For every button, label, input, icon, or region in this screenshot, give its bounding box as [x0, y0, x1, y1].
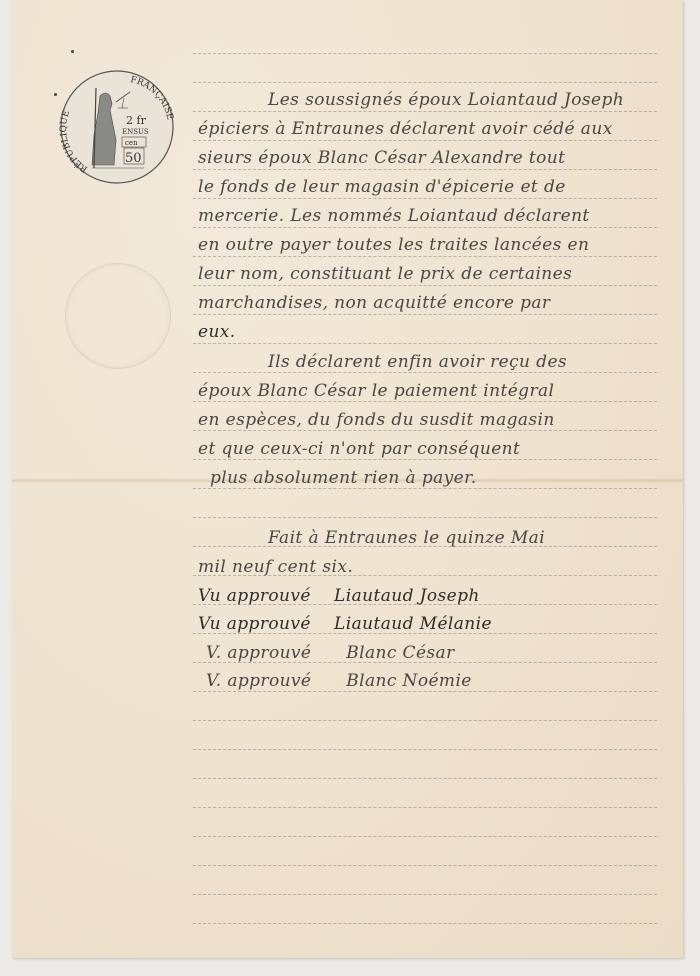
svg-text:cen: cen [125, 139, 138, 147]
ruled-line [193, 169, 657, 170]
text-line: sieurs époux Blanc César Alexandre tout [198, 148, 565, 168]
signature-name: Blanc Noémie [346, 671, 472, 691]
ruled-line [193, 372, 657, 373]
text-line: le fonds de leur magasin d'épicerie et d… [198, 177, 566, 197]
svg-text:2 fr: 2 fr [126, 114, 147, 127]
text-line: mil neuf cent six. [198, 557, 353, 577]
ruled-line [193, 140, 657, 141]
ruled-line [193, 111, 657, 112]
margin-dot [54, 93, 57, 96]
ruled-line [193, 343, 657, 344]
fiscal-stamp-icon: RÉPUBLIQUE FRANÇAISE 2 fr ENSUS cen 50 [58, 68, 176, 186]
text-line: en outre payer toutes les traites lancée… [198, 235, 589, 255]
text-line: eux. [198, 322, 236, 342]
text-line: mercerie. Les nommés Loiantaud déclarent [198, 206, 590, 226]
ruled-line [193, 923, 657, 924]
ruled-line [193, 720, 657, 721]
signature-line: Vu approuvé Liautaud Joseph [198, 586, 480, 606]
ruled-line [193, 488, 657, 489]
text-line: Fait à Entraunes le quinze Mai [268, 528, 545, 548]
ruled-line [193, 749, 657, 750]
ruled-line [193, 459, 657, 460]
ruled-line [193, 198, 657, 199]
text-line: Les soussignés époux Loiantaud Joseph [268, 90, 624, 110]
text-line: leur nom, constituant le prix de certain… [198, 264, 572, 284]
ruled-line [193, 314, 657, 315]
signature-line: V. approuvé Blanc César [206, 643, 455, 663]
svg-text:50: 50 [125, 151, 142, 166]
signature-mention: V. approuvé [206, 643, 311, 663]
ruled-line [193, 836, 657, 837]
signature-mention: V. approuvé [206, 671, 311, 691]
embossed-seal [65, 263, 171, 369]
ruled-line [193, 53, 657, 54]
text-line: en espèces, du fonds du susdit magasin [198, 410, 555, 430]
text-line: épiciers à Entraunes déclarent avoir céd… [198, 119, 613, 139]
ruled-line [193, 256, 657, 257]
signature-mention: Vu approuvé [198, 586, 311, 606]
text-line: Ils déclarent enfin avoir reçu des [268, 352, 567, 372]
signature-name: Liautaud Joseph [334, 586, 480, 606]
ruled-line [193, 401, 657, 402]
signature-name: Blanc César [346, 643, 454, 663]
ruled-line [193, 227, 657, 228]
text-line: et que ceux-ci n'ont par conséquent [198, 439, 520, 459]
ruled-line [193, 285, 657, 286]
ruled-line [193, 691, 657, 692]
text-line: plus absolument rien à payer. [210, 468, 477, 488]
signature-name: Liautaud Mélanie [334, 614, 492, 634]
ruled-line [193, 517, 657, 518]
text-line: marchandises, non acquitté encore par [198, 293, 550, 313]
text-line: époux Blanc César le paiement intégral [198, 381, 554, 401]
ruled-line [193, 807, 657, 808]
ruled-line [193, 430, 657, 431]
signature-mention: Vu approuvé [198, 614, 311, 634]
ruled-line [193, 865, 657, 866]
ruled-line [193, 778, 657, 779]
margin-dot [71, 50, 74, 53]
ruled-line [193, 894, 657, 895]
signature-line: V. approuvé Blanc Noémie [206, 671, 472, 691]
signature-line: Vu approuvé Liautaud Mélanie [198, 614, 492, 634]
svg-text:ENSUS: ENSUS [122, 128, 149, 136]
ruled-line [193, 82, 657, 83]
